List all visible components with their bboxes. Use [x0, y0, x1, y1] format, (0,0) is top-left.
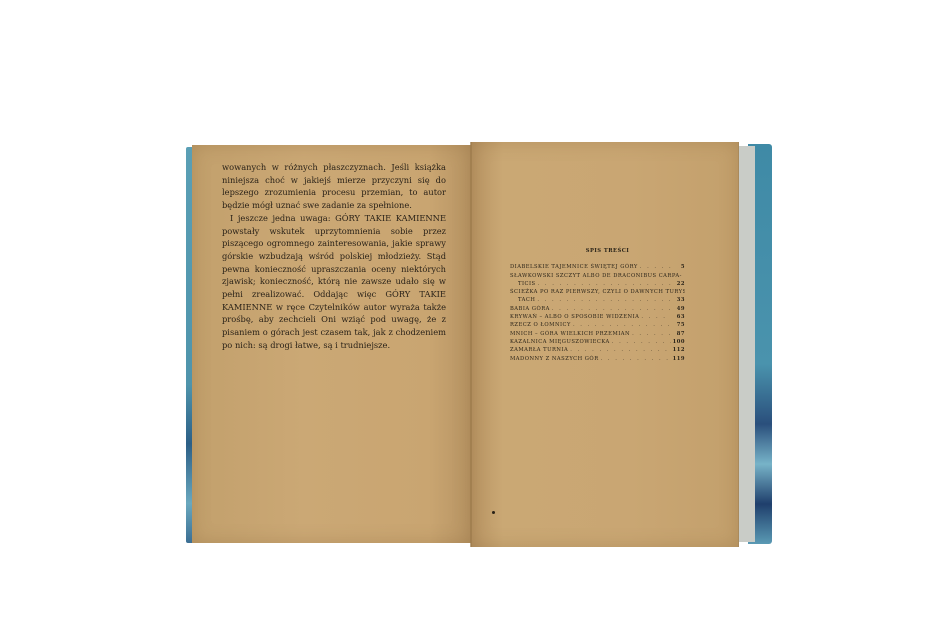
table-of-contents: SPIS TREŚCI DIABELSKIE TAJEMNICE ŚWIĘTEJ…: [510, 247, 685, 363]
toc-page-number: 49: [671, 305, 685, 313]
toc-entry: MADONNY Z NASZYCH GÓR119: [510, 355, 685, 363]
dot-leader: [535, 296, 671, 304]
toc-entry: KAZALNICA MIĘGUSZOWIECKA100: [510, 338, 685, 346]
dot-leader: [568, 346, 671, 354]
toc-entry-label: SŁAWKOWSKI SZCZYT ALBO DE DRACONIBUS CAR…: [510, 272, 682, 280]
paper-speck: [492, 511, 495, 514]
toc-page-number: 33: [671, 296, 685, 304]
dot-leader: [638, 263, 671, 271]
toc-entry-label: RZECZ O ŁOMNICY: [510, 321, 571, 329]
toc-entry: DIABELSKIE TAJEMNICE ŚWIĘTEJ GÓRY5: [510, 263, 685, 271]
toc-page-number: 5: [671, 263, 685, 271]
toc-entry-label: KRYWAŃ – ALBO O SPOSOBIE WIDZENIA: [510, 313, 639, 321]
toc-entry: ZAMARŁA TURNIA112: [510, 346, 685, 354]
left-page-text: wowanych w różnych płaszczyznach. Jeśli …: [222, 161, 446, 352]
dot-leader: [550, 305, 671, 313]
toc-page-number: 87: [671, 330, 685, 338]
paragraph: I jeszcze jedna uwaga: GÓRY TAKIE KAMIEN…: [222, 212, 446, 352]
book-spine-gutter: [470, 142, 472, 547]
toc-page-number: 22: [671, 280, 685, 288]
toc-entry: RZECZ O ŁOMNICY75: [510, 321, 685, 329]
toc-entry: BABIA GÓRA49: [510, 305, 685, 313]
dot-leader: [536, 280, 671, 288]
toc-page-number: 63: [671, 313, 685, 321]
toc-entry-label: MNICH – GÓRA WIELKICH PRZEMIAN: [510, 330, 630, 338]
toc-entry: TACH33: [510, 296, 685, 304]
toc-entry: TICIS22: [510, 280, 685, 288]
dot-leader: [630, 330, 671, 338]
toc-entry-label: BABIA GÓRA: [510, 305, 550, 313]
toc-entry-label: ZAMARŁA TURNIA: [510, 346, 568, 354]
dot-leader: [571, 321, 671, 329]
dot-leader: [639, 313, 671, 321]
toc-page-number: 100: [671, 338, 685, 346]
toc-entry: MNICH – GÓRA WIELKICH PRZEMIAN87: [510, 330, 685, 338]
toc-entry-label: TACH: [510, 296, 535, 304]
toc-entry-title: ŚCIEŻKA PO RAZ PIERWSZY, CZYLI O DAWNYCH…: [510, 288, 685, 296]
toc-page-number: 119: [671, 355, 685, 363]
toc-title: SPIS TREŚCI: [530, 247, 685, 255]
paragraph: wowanych w różnych płaszczyznach. Jeśli …: [222, 161, 446, 212]
toc-page-number: 75: [671, 321, 685, 329]
dot-leader: [610, 338, 671, 346]
toc-entry-label: ŚCIEŻKA PO RAZ PIERWSZY, CZYLI O DAWNYCH…: [510, 288, 685, 296]
toc-page-number: 112: [671, 346, 685, 354]
toc-entry-label: MADONNY Z NASZYCH GÓR: [510, 355, 599, 363]
toc-entry: KRYWAŃ – ALBO O SPOSOBIE WIDZENIA63: [510, 313, 685, 321]
toc-entry-title: SŁAWKOWSKI SZCZYT ALBO DE DRACONIBUS CAR…: [510, 272, 685, 280]
toc-entry-label: TICIS: [510, 280, 536, 288]
toc-entry-label: DIABELSKIE TAJEMNICE ŚWIĘTEJ GÓRY: [510, 263, 638, 271]
dot-leader: [599, 355, 671, 363]
toc-entry-label: KAZALNICA MIĘGUSZOWIECKA: [510, 338, 610, 346]
toc-list: DIABELSKIE TAJEMNICE ŚWIĘTEJ GÓRY5SŁAWKO…: [510, 263, 685, 363]
open-book: wowanych w różnych płaszczyznach. Jeśli …: [0, 0, 950, 634]
